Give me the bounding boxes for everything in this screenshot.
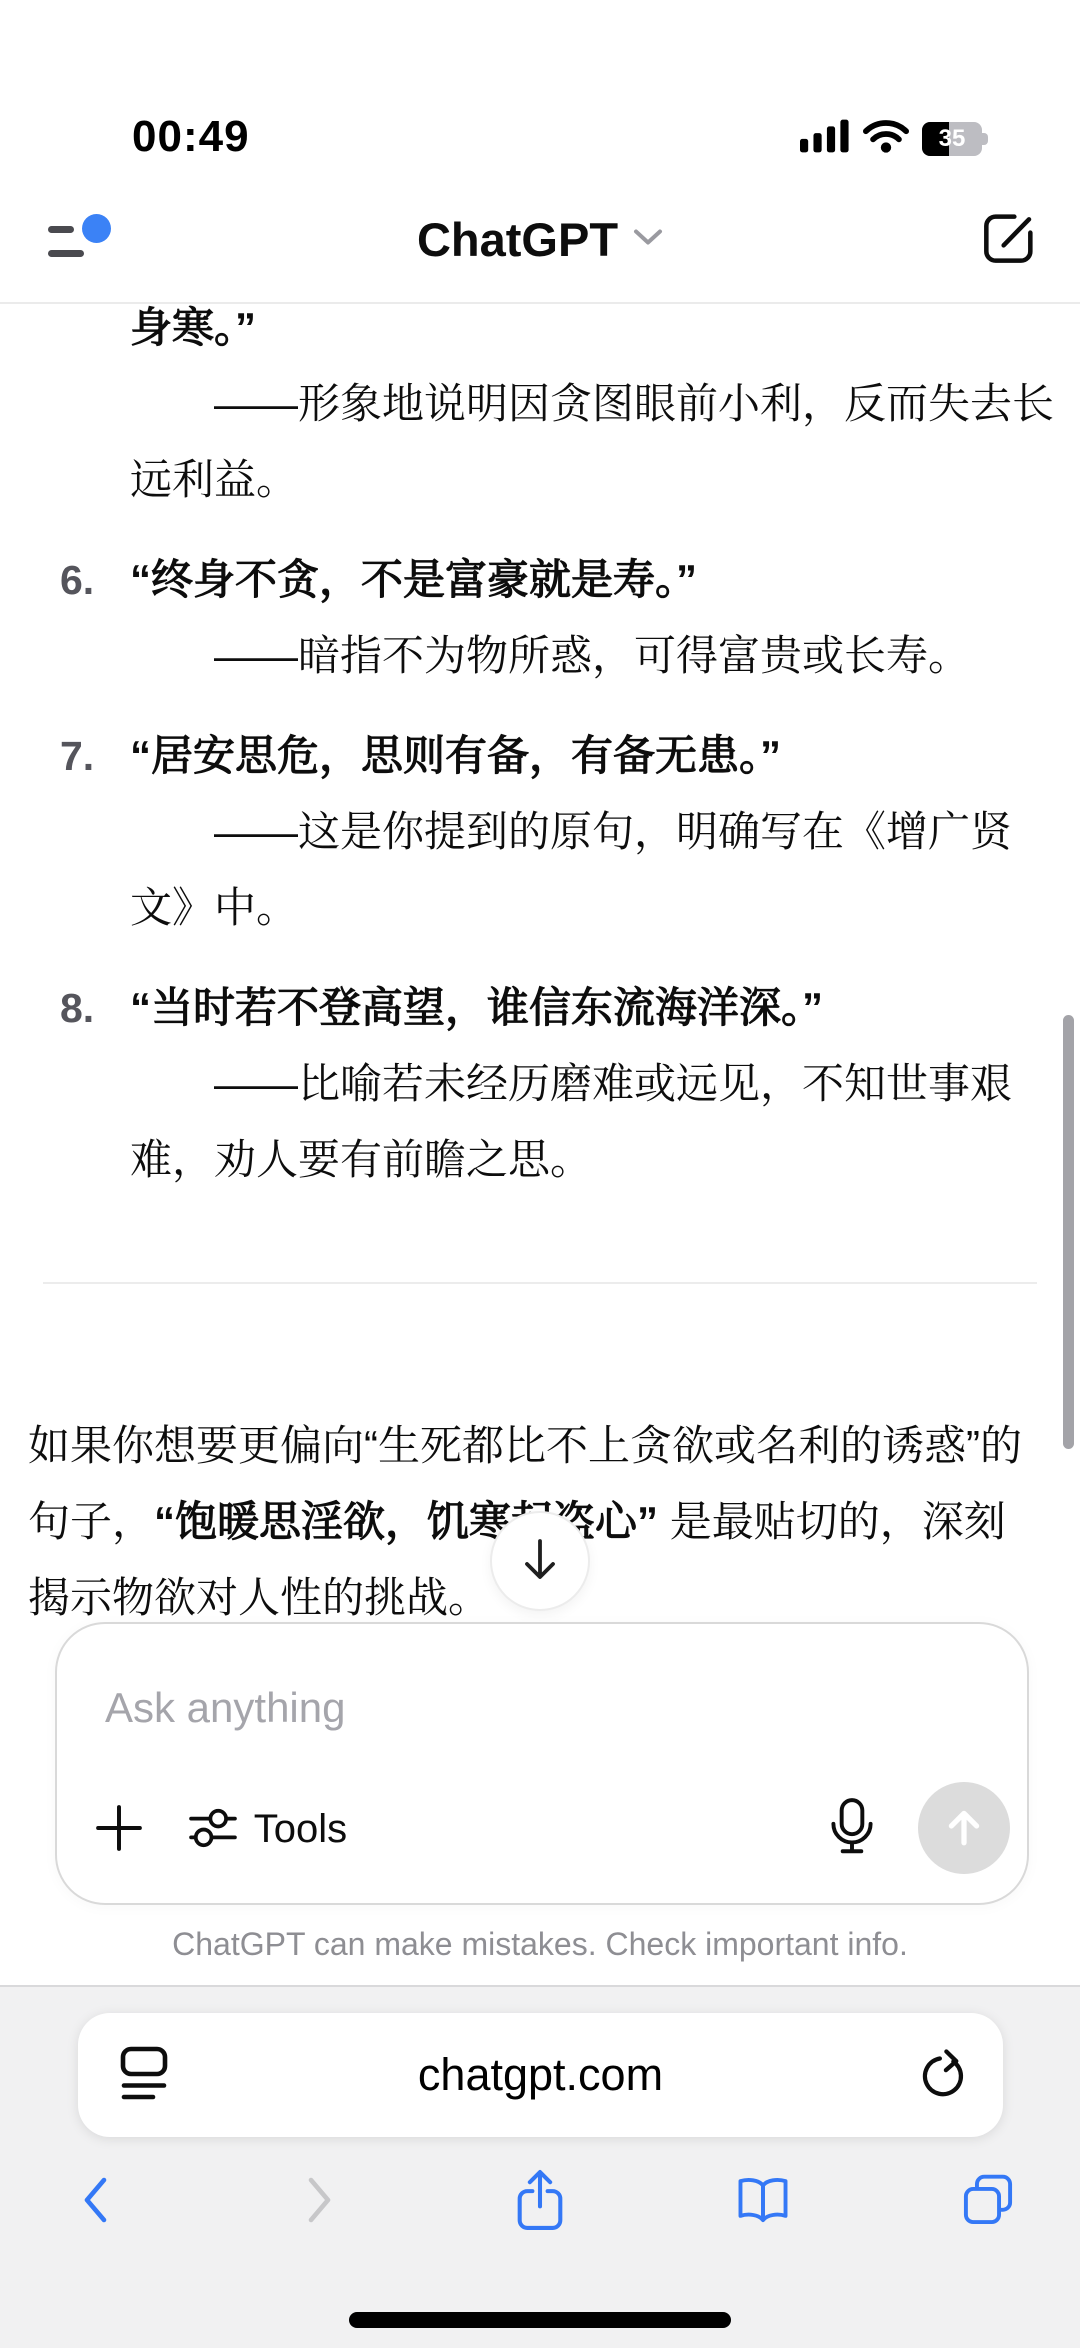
share-icon xyxy=(513,2167,567,2236)
model-switcher[interactable]: ChatGPT xyxy=(0,208,1080,270)
dictation-button[interactable] xyxy=(808,1782,896,1876)
tabs-icon xyxy=(961,2173,1015,2230)
page-title: ChatGPT xyxy=(417,212,618,267)
address-bar[interactable]: chatgpt.com xyxy=(78,2013,1003,2137)
new-chat-icon xyxy=(977,258,1041,273)
list-number: 7. xyxy=(60,718,94,794)
page-scrollbar[interactable] xyxy=(1063,1015,1074,1449)
safari-nav-row xyxy=(0,2143,1080,2259)
explanation-text: 难，劝人要有前瞻之思。 xyxy=(130,1122,1080,1198)
conversation-area: 身寒。” ——形象地说明因贪图眼前小利，反而失去长 远利益。 6. “终身不贪，… xyxy=(0,302,1080,1622)
list-item-6: 6. “终身不贪，不是富豪就是寿。” ——暗指不为物所惑，可得富贵或长寿。 xyxy=(130,542,1080,694)
tools-label: Tools xyxy=(254,1807,347,1852)
book-icon xyxy=(735,2174,791,2229)
tabs-button[interactable] xyxy=(943,2143,1033,2259)
battery-nub xyxy=(982,133,988,145)
home-indicator[interactable] xyxy=(349,2312,731,2328)
list-item-5-partial: 身寒。” ——形象地说明因贪图眼前小利，反而失去长 远利益。 xyxy=(130,302,1080,518)
microphone-icon xyxy=(829,1797,875,1862)
reload-button[interactable] xyxy=(903,2013,983,2137)
quote-text: 身寒。” xyxy=(130,302,1080,366)
status-time: 00:49 xyxy=(132,112,250,162)
message-divider xyxy=(43,1282,1037,1284)
bookmarks-button[interactable] xyxy=(718,2143,808,2259)
plus-icon xyxy=(95,1804,143,1855)
paragraph-text: 句子， xyxy=(28,1498,154,1545)
arrow-up-icon xyxy=(945,1806,983,1851)
quote-text: “终身不贪，不是富豪就是寿。” xyxy=(130,542,1080,618)
paragraph-line: 如果你想要更偏向“生死都比不上贪欲或名利的诱惑”的 xyxy=(28,1408,1080,1484)
chatgpt-header: 00:49 35 xyxy=(0,0,1080,304)
list-item-8: 8. “当时若不登高望，谁信东流海洋深。” ——比喻若未经历磨难或远见，不知世事… xyxy=(130,970,1080,1198)
safari-toolbar: chatgpt.com xyxy=(0,1985,1080,2348)
send-button[interactable] xyxy=(918,1782,1010,1874)
wifi-icon xyxy=(863,118,909,159)
battery-percent: 35 xyxy=(922,122,982,156)
list-number: 6. xyxy=(60,542,94,618)
attach-button[interactable] xyxy=(75,1782,163,1876)
chevron-forward-icon xyxy=(307,2177,333,2226)
disclaimer-text: ChatGPT can make mistakes. Check importa… xyxy=(0,1926,1080,1963)
share-button[interactable] xyxy=(495,2143,585,2259)
cellular-signal-icon xyxy=(800,119,850,158)
scroll-to-bottom-button[interactable] xyxy=(490,1511,590,1611)
iphone-screen: 00:49 35 xyxy=(0,0,1080,2348)
reload-icon xyxy=(916,2047,970,2104)
chevron-down-icon xyxy=(633,228,663,251)
explanation-text: ——暗指不为物所惑，可得富贵或长寿。 xyxy=(130,618,1080,694)
url-text[interactable]: chatgpt.com xyxy=(78,2013,1003,2137)
explanation-text: ——形象地说明因贪图眼前小利，反而失去长 xyxy=(130,366,1080,442)
new-chat-button[interactable] xyxy=(976,206,1042,272)
sliders-icon xyxy=(189,1806,237,1853)
forward-button[interactable] xyxy=(275,2143,365,2259)
composer-toolbar: Tools xyxy=(57,1782,1027,1876)
tools-button[interactable]: Tools xyxy=(173,1782,363,1876)
explanation-text: 文》中。 xyxy=(130,870,1080,946)
back-button[interactable] xyxy=(50,2143,140,2259)
paragraph-text: 是最贴切的，深刻 xyxy=(658,1498,1006,1545)
quote-text: “居安思危，思则有备，有备无患。” xyxy=(130,718,1080,794)
list-item-7: 7. “居安思危，思则有备，有备无患。” ——这是你提到的原句，明确写在《增广贤… xyxy=(130,718,1080,946)
battery-icon: 35 xyxy=(922,122,988,156)
list-number: 8. xyxy=(60,970,94,1046)
explanation-text: 远利益。 xyxy=(130,442,1080,518)
quote-text: “当时若不登高望，谁信东流海洋深。” xyxy=(130,970,1080,1046)
explanation-text: ——这是你提到的原句，明确写在《增广贤 xyxy=(130,794,1080,870)
status-icons: 35 xyxy=(800,118,988,159)
message-composer: Ask anything Tools xyxy=(55,1622,1029,1905)
message-input[interactable]: Ask anything xyxy=(105,1684,345,1732)
chevron-back-icon xyxy=(82,2177,108,2226)
explanation-text: ——比喻若未经历磨难或远见，不知世事艰 xyxy=(130,1046,1080,1122)
arrow-down-icon xyxy=(520,1536,560,1587)
